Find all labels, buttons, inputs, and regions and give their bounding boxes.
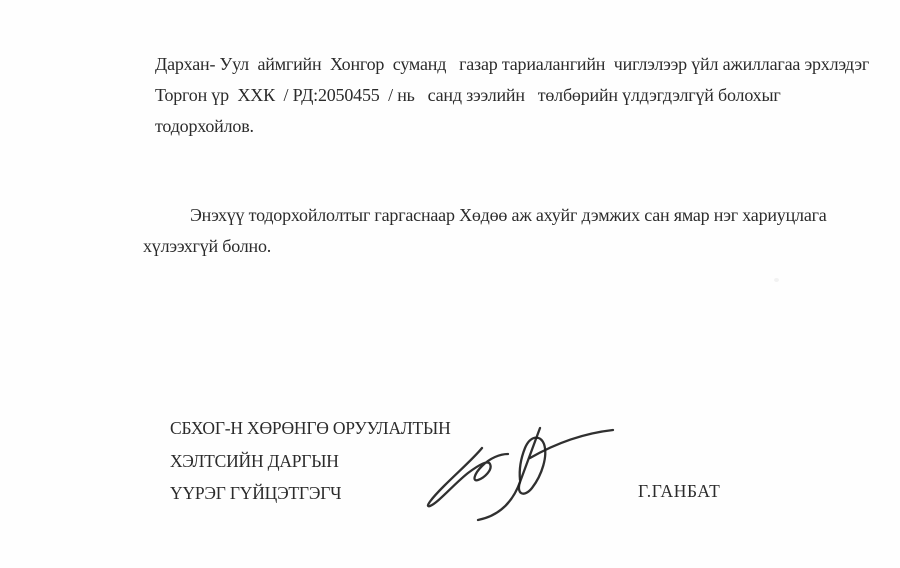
handwritten-signature-icon bbox=[420, 418, 616, 524]
signature-block: СБХОГ-Н ХӨРӨНГӨ ОРУУЛАЛТЫН ХЭЛТСИЙН ДАРГ… bbox=[170, 412, 451, 510]
body-paragraph-2: Энэхүү тодорхойлолтыг гаргаснаар Хөдөө а… bbox=[143, 200, 827, 262]
paragraph-2-line-1: Энэхүү тодорхойлолтыг гаргаснаар Хөдөө а… bbox=[143, 200, 827, 231]
document-page: Дархан- Уул аймгийн Хонгор суманд газар … bbox=[0, 0, 900, 568]
scan-artifact-speck bbox=[774, 278, 779, 282]
paragraph-2-line-2: хүлээхгүй болно. bbox=[143, 231, 827, 262]
paragraph-1-line-3: тодорхойлов. bbox=[155, 111, 869, 142]
signer-role-line-3: ҮҮРЭГ ГҮЙЦЭТГЭГЧ bbox=[170, 477, 451, 510]
body-paragraph-1: Дархан- Уул аймгийн Хонгор суманд газар … bbox=[155, 49, 869, 142]
signer-role-line-2: ХЭЛТСИЙН ДАРГЫН bbox=[170, 445, 451, 478]
signer-name: Г.ГАНБАТ bbox=[638, 481, 720, 502]
signer-role-line-1: СБХОГ-Н ХӨРӨНГӨ ОРУУЛАЛТЫН bbox=[170, 412, 451, 445]
paragraph-1-line-2: Торгон үр ХХК / РД:2050455 / нь санд зээ… bbox=[155, 80, 869, 111]
paragraph-1-line-1: Дархан- Уул аймгийн Хонгор суманд газар … bbox=[155, 49, 869, 80]
